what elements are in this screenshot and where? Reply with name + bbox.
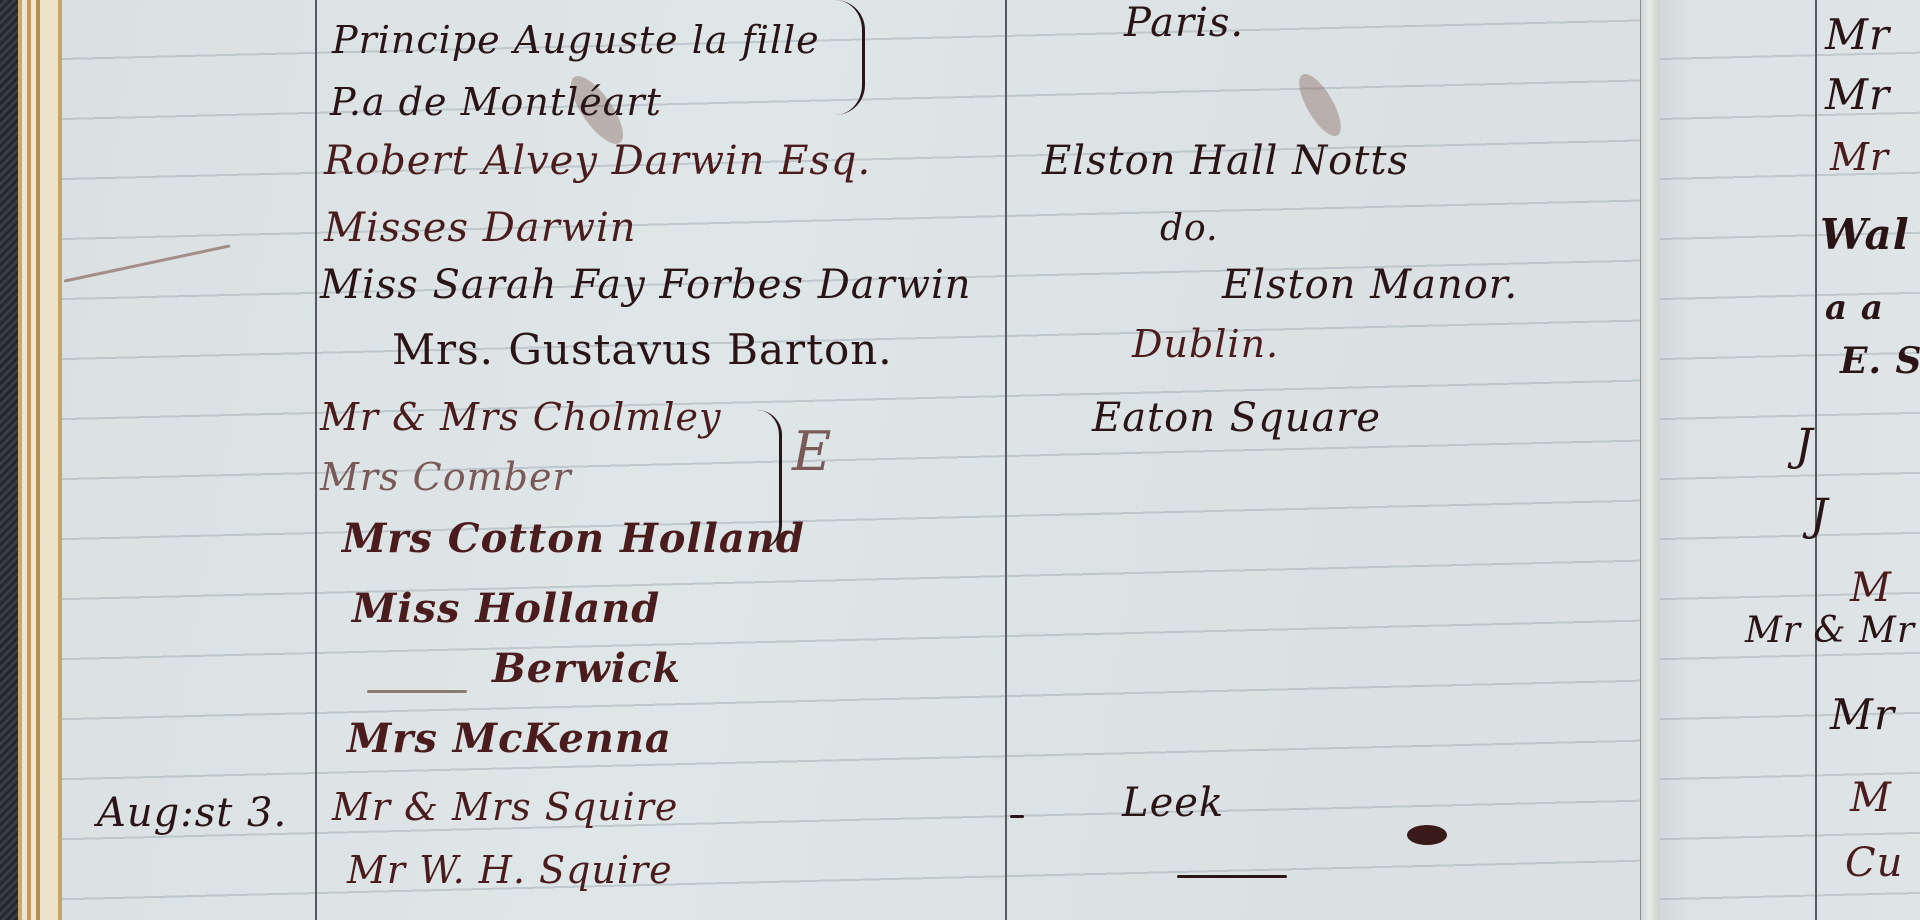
- name-entry: Mr & Mrs Cholmley: [320, 395, 721, 439]
- name-entry: Berwick: [492, 645, 681, 692]
- facing-column-rule: [1815, 0, 1817, 920]
- facing-fragment: E. S: [1840, 340, 1920, 382]
- grouping-brace: [832, 0, 865, 115]
- register-page-left: Aug:st 3. Principe Auguste la fille P.a …: [62, 0, 1647, 920]
- name-entry: Miss Sarah Fay Forbes Darwin: [320, 262, 972, 308]
- date-entry: Aug:st 3.: [97, 790, 287, 836]
- name-entry: Principe Auguste la fille: [332, 18, 820, 62]
- facing-fragment: Mr & Mr: [1745, 610, 1915, 651]
- name-entry: Mr W. H. Squire: [347, 848, 673, 892]
- book-cover-edge: [0, 0, 20, 920]
- facing-fragment: M: [1850, 775, 1892, 821]
- address-entry: do.: [1160, 208, 1219, 249]
- name-entry: Misses Darwin: [324, 205, 637, 251]
- ditto-dash: [1177, 875, 1287, 878]
- name-entry: Mrs Comber: [320, 455, 572, 499]
- name-entry: P.a de Montléart: [330, 80, 662, 124]
- address-column-rule: [1005, 0, 1007, 920]
- grouping-brace: [757, 410, 782, 550]
- marginal-mark: E: [792, 420, 832, 483]
- facing-fragment: J: [1795, 420, 1814, 471]
- name-entry: Mrs Cotton Holland: [342, 515, 805, 562]
- address-entry: Leek: [1122, 780, 1224, 826]
- facing-fragment: a a: [1825, 288, 1884, 328]
- date-column-rule: [315, 0, 317, 920]
- facing-fragment: M: [1850, 565, 1892, 611]
- name-entry: Mr & Mrs Squire: [332, 785, 678, 829]
- facing-fragment: Mr: [1830, 135, 1889, 179]
- facing-fragment: Mr: [1825, 10, 1890, 59]
- name-entry: Miss Holland: [352, 585, 660, 632]
- address-entry: Elston Hall Notts: [1042, 138, 1409, 184]
- ditto-dash: [1010, 815, 1024, 818]
- facing-fragment: Mr: [1830, 690, 1895, 739]
- ditto-dash: [367, 690, 467, 693]
- facing-fragment: Cu: [1845, 840, 1903, 886]
- name-entry: Mrs. Gustavus Barton.: [392, 325, 893, 374]
- register-page-right: Mr Mr Mr Wal a a E. S J J M Mr & Mr Mr M…: [1660, 0, 1920, 920]
- address-entry: Dublin.: [1132, 322, 1279, 366]
- name-entry: Mrs McKenna: [347, 715, 672, 762]
- facing-fragment: J: [1810, 490, 1829, 541]
- gilt-page-edges: [18, 0, 62, 920]
- address-entry: Eaton Square: [1092, 395, 1381, 441]
- name-entry: Robert Alvey Darwin Esq.: [324, 138, 871, 184]
- facing-fragment: Wal: [1820, 210, 1910, 259]
- address-entry: Paris.: [1124, 0, 1244, 46]
- facing-fragment: Mr: [1825, 70, 1890, 119]
- address-entry: Elston Manor.: [1222, 262, 1518, 308]
- ink-blot: [1407, 825, 1447, 845]
